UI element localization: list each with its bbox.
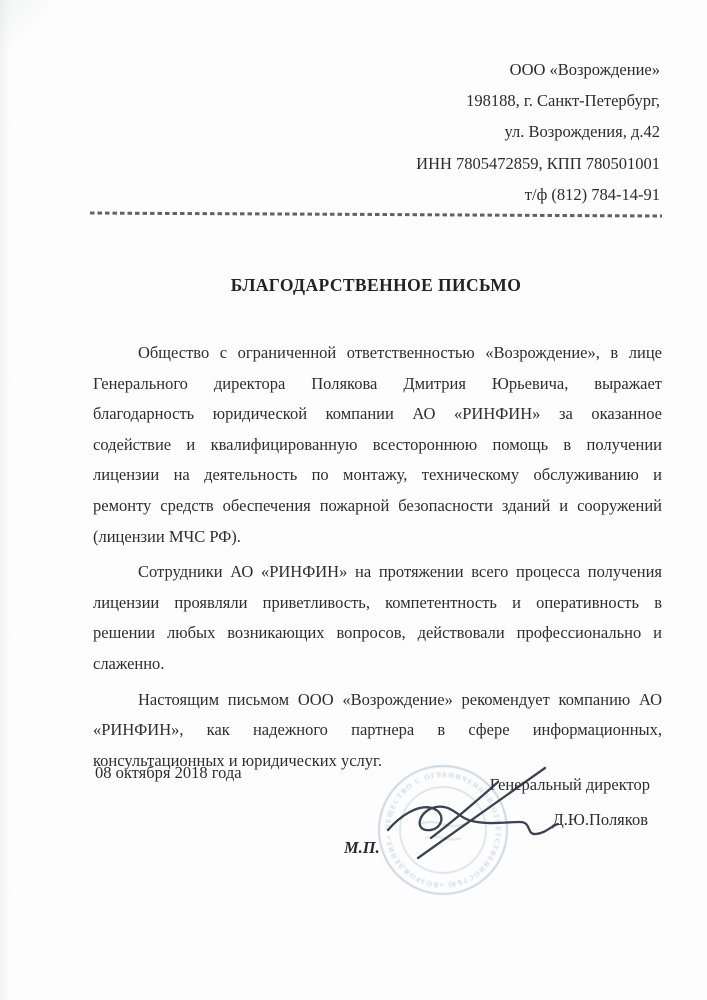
company-street: ул. Возрождения, д.42 [416, 116, 660, 147]
text-line: Генерального директора Полякова Дмитрия … [93, 369, 662, 400]
text-line: слаженно. [93, 649, 662, 680]
paragraph: Сотрудники АО «РИНФИН» на протяжении все… [93, 557, 662, 679]
company-phone: т/ф (812) 784-14-91 [416, 179, 660, 210]
text-line: Настоящим письмом ООО «Возрождение» реко… [93, 685, 662, 716]
text-line: содействие и квалифицированную всесторон… [93, 430, 662, 461]
scan-edge-shadow [0, 0, 10, 1000]
company-name: ООО «Возрождение» [416, 54, 660, 85]
dashed-divider [90, 212, 662, 217]
text-line: (лицензии МЧС РФ). [93, 522, 662, 553]
text-line: ремонту средств обеспечения пожарной без… [93, 491, 662, 522]
company-inn-kpp: ИНН 7805472859, КПП 780501001 [416, 148, 660, 179]
letter-title: БЛАГОДАРСТВЕННОЕ ПИСЬМО [90, 275, 662, 296]
text-line: лицензии проявляли приветливость, компет… [93, 588, 662, 619]
letter-body: Общество с ограниченной ответственностью… [93, 338, 662, 781]
paragraph: Общество с ограниченной ответственностью… [93, 338, 662, 552]
letterhead: ООО «Возрождение» 198188, г. Санкт-Петер… [416, 54, 660, 210]
text-line: Общество с ограниченной ответственностью… [93, 338, 662, 369]
company-postal-city: 198188, г. Санкт-Петербург, [416, 85, 660, 116]
text-line: лицензии на деятельность по монтажу, тех… [93, 460, 662, 491]
text-line: решении любых возникающих вопросов, дейс… [93, 618, 662, 649]
text-line: благодарность юридической компании АО «Р… [93, 399, 662, 430]
text-line: Сотрудники АО «РИНФИН» на протяжении все… [93, 557, 662, 588]
stamp-and-signature-overlay: ОБЩЕСТВО С ОГРАНИЧЕННОЙ ОТВЕТСТВЕННОСТЬЮ… [330, 738, 630, 928]
letter-page: ООО «Возрождение» 198188, г. Санкт-Петер… [0, 0, 707, 1000]
date-line: 08 октября 2018 года [95, 763, 242, 783]
